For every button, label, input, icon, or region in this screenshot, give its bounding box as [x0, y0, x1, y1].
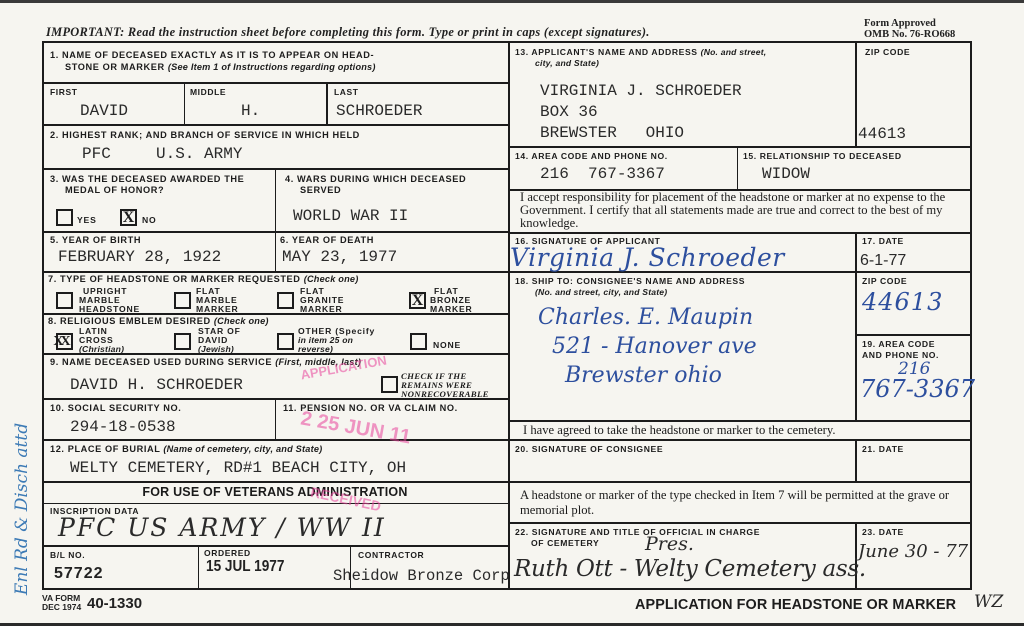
item13-label: 13. APPLICANT'S NAME AND ADDRESS (No. an…: [515, 47, 766, 58]
nonrecoverable-checkbox[interactable]: [381, 376, 398, 393]
item2-label: 2. HIGHEST RANK; AND BRANCH OF SERVICE I…: [50, 130, 360, 141]
upright-marble-checkbox[interactable]: [56, 292, 73, 309]
initials-annotation: WZ: [974, 592, 1003, 612]
flat-marble-label: FLATMARBLEMARKER: [196, 287, 239, 314]
flat-bronze-checkbox[interactable]: X: [409, 292, 426, 309]
bl-number-field[interactable]: 57722: [54, 565, 104, 583]
other-emblem-checkbox[interactable]: [277, 333, 294, 350]
none-emblem-checkbox[interactable]: [410, 333, 427, 350]
item23-label: 23. DATE: [862, 527, 904, 538]
medal-yes-checkbox[interactable]: [56, 209, 73, 226]
applicant-date-field[interactable]: 6-1-77: [860, 252, 906, 270]
medal-no-label: NO: [142, 216, 157, 225]
agreement-text: I have agreed to take the headstone or m…: [523, 424, 835, 437]
important-note: IMPORTANT: Read the instruction sheet be…: [46, 25, 650, 40]
form-number: 40-1330: [87, 595, 142, 612]
item21-label: 21. DATE: [862, 444, 904, 455]
official-date-field[interactable]: June 30 - 77: [858, 541, 968, 562]
margin-note: Enl Rd & Disch attd: [12, 409, 32, 609]
burial-place-field[interactable]: WELTY CEMETERY, RD#1 BEACH CITY, OH: [70, 459, 406, 477]
medal-no-checkbox[interactable]: X: [120, 209, 137, 226]
flat-granite-label: FLATGRANITEMARKER: [300, 287, 344, 314]
omb-number: OMB No. 76-RO668: [864, 29, 955, 40]
other-emblem-label: OTHER (Specifyin item 25 onreverse): [298, 327, 375, 354]
flat-granite-checkbox[interactable]: [277, 292, 294, 309]
wars-served-field[interactable]: WORLD WAR II: [293, 207, 408, 225]
item22-label-line2: OF CEMETERY: [531, 538, 599, 549]
official-signature[interactable]: Ruth Ott - Welty Cemetery ass.: [514, 556, 866, 582]
item3-label-line2: MEDAL OF HONOR?: [65, 185, 164, 196]
applicant-street-field[interactable]: BOX 36: [540, 103, 598, 121]
item6-label: 6. YEAR OF DEATH: [280, 235, 374, 246]
applicant-phone-field[interactable]: 216 767-3367: [540, 165, 665, 183]
item10-label: 10. SOCIAL SECURITY NO.: [50, 403, 181, 414]
applicant-signature[interactable]: Virginia J. Schroeder: [510, 243, 785, 272]
official-title-field[interactable]: Pres.: [645, 533, 694, 555]
consignee-date-field[interactable]: [862, 458, 962, 478]
inscription-field[interactable]: PFC US ARMY / WW II: [58, 513, 386, 542]
ordered-date-field[interactable]: 15 JUL 1977: [206, 558, 284, 576]
nonrecoverable-label: CHECK IF THEREMAINS WERENONRECOVERABLE: [401, 372, 489, 399]
consignee-zip-field[interactable]: 44613: [862, 288, 943, 316]
middle-name-label: MIDDLE: [190, 87, 226, 98]
contractor-label: CONTRACTOR: [358, 550, 424, 561]
flat-bronze-label: FLATBRONZEMARKER: [430, 287, 473, 314]
item14-label: 14. AREA CODE AND PHONE NO.: [515, 151, 668, 162]
flat-marble-checkbox[interactable]: [174, 292, 191, 309]
medal-yes-label: YES: [77, 216, 97, 225]
none-emblem-label: NONE: [433, 341, 461, 350]
item4-label: 4. WARS DURING WHICH DECEASED: [285, 174, 466, 185]
headstone-application-form: IMPORTANT: Read the instruction sheet be…: [0, 0, 1024, 626]
item7-label: 7. TYPE OF HEADSTONE OR MARKER REQUESTED…: [48, 274, 358, 285]
item3-label: 3. WAS THE DECEASED AWARDED THE: [50, 174, 244, 185]
consignee-city-field[interactable]: Brewster ohio: [565, 363, 722, 388]
item4-label-line2: SERVED: [300, 185, 341, 196]
latin-cross-label: LATINCROSS(Christian): [79, 327, 124, 354]
applicant-zip-field[interactable]: 44613: [858, 125, 906, 143]
latin-cross-checkbox[interactable]: XX: [56, 333, 73, 350]
rank-field[interactable]: PFC: [82, 145, 111, 163]
first-name-field[interactable]: DAVID: [80, 102, 128, 120]
bl-label: B/L NO.: [50, 550, 85, 561]
form-approved: Form Approved: [864, 18, 936, 29]
consignee-name-field[interactable]: Charles. E. Maupin: [538, 305, 753, 330]
item18-label: 18. SHIP TO: CONSIGNEE'S NAME AND ADDRES…: [515, 276, 745, 287]
ordered-label: ORDERED: [204, 548, 251, 559]
va-form-label: VA FORMDEC 1974: [42, 594, 81, 612]
item12-label: 12. PLACE OF BURIAL (Name of cemetery, c…: [50, 444, 322, 455]
star-of-david-label: STAR OFDAVID(Jewish): [198, 327, 241, 354]
certification-text: I accept responsibility for placement of…: [520, 191, 965, 230]
item13-label-line2: city, and State): [535, 58, 599, 69]
item18-label-note: (No. and street, city, and State): [535, 287, 667, 298]
applicant-zip-label: ZIP CODE: [865, 47, 910, 58]
item22-label: 22. SIGNATURE AND TITLE OF OFFICIAL IN C…: [515, 527, 760, 538]
last-name-label: LAST: [334, 87, 359, 98]
first-name-label: FIRST: [50, 87, 78, 98]
birth-field[interactable]: FEBRUARY 28, 1922: [58, 248, 221, 266]
applicant-name-field[interactable]: VIRGINIA J. SCHROEDER: [540, 82, 742, 100]
consignee-street-field[interactable]: 521 - Hanover ave: [552, 334, 757, 359]
middle-name-field[interactable]: H.: [241, 102, 260, 120]
upright-marble-label: UPRIGHTMARBLEHEADSTONE: [79, 287, 140, 314]
item1-label: 1. NAME OF DECEASED EXACTLY AS IT IS TO …: [50, 50, 374, 61]
branch-field[interactable]: U.S. ARMY: [156, 145, 242, 163]
item15-label: 15. RELATIONSHIP TO DECEASED: [743, 151, 902, 162]
form-title: APPLICATION FOR HEADSTONE OR MARKER: [635, 597, 956, 613]
relationship-field[interactable]: WIDOW: [762, 165, 810, 183]
item1-label-line2: STONE OR MARKER (See Item 1 of Instructi…: [65, 62, 376, 73]
item8-label: 8. RELIGIOUS EMBLEM DESIRED (Check one): [48, 316, 269, 327]
ssn-field[interactable]: 294-18-0538: [70, 418, 176, 436]
consignee-signature-field[interactable]: [520, 458, 850, 478]
item17-label: 17. DATE: [862, 236, 904, 247]
star-of-david-checkbox[interactable]: [174, 333, 191, 350]
va-use-title: FOR USE OF VETERANS ADMINISTRATION: [42, 485, 508, 499]
contractor-field[interactable]: Sheidow Bronze Corp: [333, 567, 510, 585]
applicant-city-field[interactable]: BREWSTER OHIO: [540, 124, 684, 142]
item19-label: 19. AREA CODE: [862, 339, 935, 350]
consignee-phone-field[interactable]: 767-3367: [860, 375, 975, 403]
item5-label: 5. YEAR OF BIRTH: [50, 235, 141, 246]
last-name-field[interactable]: SCHROEDER: [336, 102, 422, 120]
service-name-field[interactable]: DAVID H. SCHROEDER: [70, 376, 243, 394]
death-field[interactable]: MAY 23, 1977: [282, 248, 397, 266]
permission-text: A headstone or marker of the type checke…: [520, 488, 965, 518]
consignee-zip-label: ZIP CODE: [862, 276, 907, 287]
item20-label: 20. SIGNATURE OF CONSIGNEE: [515, 444, 663, 455]
